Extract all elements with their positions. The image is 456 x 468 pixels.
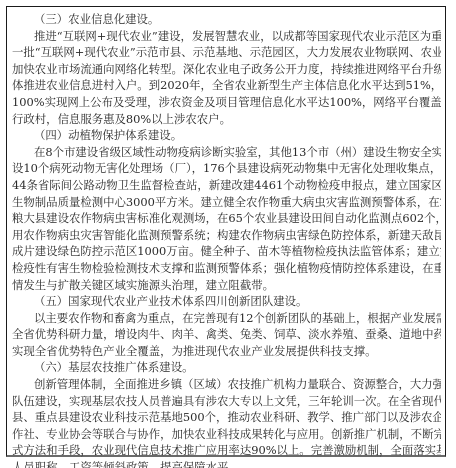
paragraph-line: 一批“互联网+现代农业”示范市县、示范基地、示范园区，大力发展农业物联网、农业电… xyxy=(12,44,441,61)
paragraph-line: 县、重点县建设农业科技示范基地500个，推动农业科研、教学、推广部门以及涉农企业… xyxy=(12,409,441,426)
paragraph-line: 用农作物病虫灾害智能化监测预警系统；构建农作物病虫害绿色防控体系，新建天敌昆虫工… xyxy=(12,227,441,244)
section-heading: （六）基层农技推广体系建设。 xyxy=(12,359,441,376)
section-heading: （三）农业信息化建设。 xyxy=(12,11,441,28)
section-heading: （四）动植物保护体系建设。 xyxy=(12,127,441,144)
paragraph-line: 实现全省优势特色产业全覆盖，为推进现代农业产业发展提供科技支撑。 xyxy=(12,343,441,360)
paragraph-line: 行政村，信息服务惠及80%以上涉农农户。 xyxy=(12,111,441,128)
paragraph-line: 情发生与扩散关键区域实施源头治理，建立阻截带。 xyxy=(12,277,441,294)
paragraph-line: 粮大县建设农作物病虫害标准化观测场，在65个农业县建设田间自动化监测点602个，… xyxy=(12,210,441,227)
paragraph-line: 成片建设绿色防控示范区1000万亩。健全种子、苗木等植物检疫执法监管体系；建立完… xyxy=(12,243,441,260)
paragraph-line: 设10个病死动物无害化处理场（厂），176个县建设病死动物集中无害化处理收集点，… xyxy=(12,160,441,177)
paragraph-line: 生物制品质量检测中心3000平方米。建立健全农作物重大病虫灾害监测预警体系，在2… xyxy=(12,194,441,211)
paragraph-line: 加快农业市场流通向网络化转型。深化农业电子政务公开力度，持续推进网络平台升级改造… xyxy=(12,61,441,78)
paragraph-line: 作社、专业协会等联合与协作，加快农业科技成果转化与应用。创新推广机制，不断完善推… xyxy=(12,426,441,443)
paragraph-line: 体推进农业信息进村入户。到2020年，全省农业新型生产主体信息化水平达到51%，… xyxy=(12,77,441,94)
paragraph-line: 44条省际间公路动物卫生监督检查站，新建改建4461个动物检疫申报点，建立国家区… xyxy=(12,177,441,194)
paragraph-line: 人员职称、工资等倾斜政策，提高保障水平。 xyxy=(12,459,441,468)
paragraph-line: 以主要农作物和畜禽为重点，在完善现有12个创新团队的基础上，根据产业发展需要，整… xyxy=(12,310,441,327)
paragraph-line: 100%实现网上公布及受理，涉农资金及项目管理信息化水平达100%，网络平台覆盖… xyxy=(12,94,441,111)
paragraph-line: 在8个市建设省级区域性动物疫病诊断实验室，其他13个市（州）建设生物安全实验室，… xyxy=(12,144,441,161)
paragraph-line: 队伍建设，实现基层农技人员普遍具有涉农大专以上文凭，三年轮训一次。在全省现代农业… xyxy=(12,393,441,410)
paragraph-line: 式方法和手段，农业现代信息技术推广应用率达90%以上。完善激励机制，全面落实基层… xyxy=(12,442,441,459)
paragraph-line: 推进“互联网+现代农业”建设，发展智慧农业，以成都等国家现代农业示范区为重点，打… xyxy=(12,28,441,45)
document-frame: （三）农业信息化建设。 推进“互联网+现代农业”建设，发展智慧农业，以成都等国家… xyxy=(6,6,446,457)
paragraph-line: 创新管理体制，全面推进乡镇（区域）农技推广机构力量联合、资源整合，大力强化农技推… xyxy=(12,376,441,393)
section-heading: （五）国家现代农业产业技术体系四川创新团队建设。 xyxy=(12,293,441,310)
paragraph-line: 检疫性有害生物检验检测技术支撑和监测预警体系；强化植物疫情防控体系建设，在重大植… xyxy=(12,260,441,277)
paragraph-line: 全省优势科研力量，增设肉牛、肉羊、禽类、兔类、饲草、淡水养殖、蚕桑、道地中药材、… xyxy=(12,326,441,343)
